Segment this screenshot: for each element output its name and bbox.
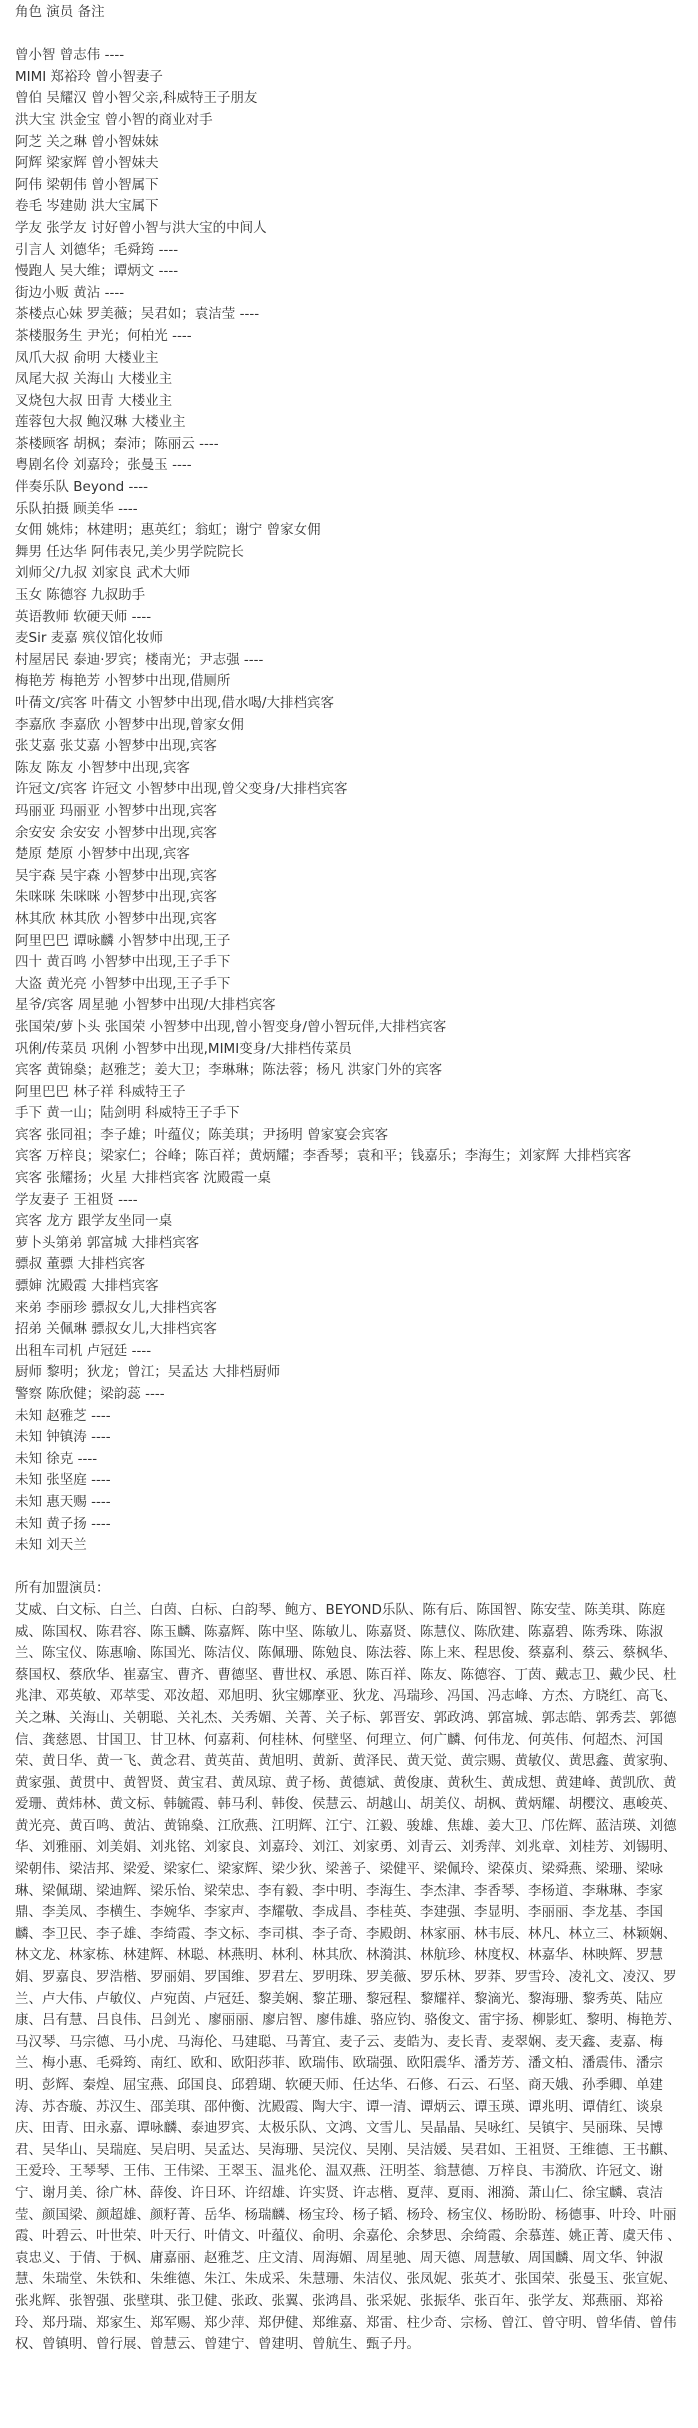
cast-row: 警察 陈欣健；梁韵蕊 ----	[15, 1384, 683, 1406]
cast-row: 手下 黄一山；陆剑明 科威特王子手下	[15, 1103, 683, 1125]
cast-row: 乐队拍摄 顾美华 ----	[15, 499, 683, 521]
cast-row: 余安安 余安安 小智梦中出现,宾客	[15, 823, 683, 845]
cast-row: 宾客 张耀扬；火星 大排档宾客 沈殿霞一桌	[15, 1168, 683, 1190]
cast-row: 曾伯 吴耀汉 曾小智父亲,科威特王子朋友	[15, 88, 683, 110]
cast-row: 来弟 李丽珍 骠叔女儿,大排档宾客	[15, 1298, 683, 1320]
cast-row: 舞男 任达华 阿伟表兄,美少男学院院长	[15, 542, 683, 564]
cast-row: 四十 黄百鸣 小智梦中出现,王子手下	[15, 952, 683, 974]
cast-row: 慢跑人 吴大维；谭炳文 ----	[15, 261, 683, 283]
cast-row: 许冠文/宾客 许冠文 小智梦中出现,曾父变身/大排档宾客	[15, 779, 683, 801]
cast-row: 未知 张坚庭 ----	[15, 1470, 683, 1492]
cast-row: 英语教师 软硬天师 ----	[15, 607, 683, 629]
cast-row: 朱咪咪 朱咪咪 小智梦中出现,宾客	[15, 887, 683, 909]
column-header-line: 角色 演员 备注	[15, 2, 683, 24]
cast-row: 大盗 黄光亮 小智梦中出现,王子手下	[15, 974, 683, 996]
cast-row: 巩俐/传菜员 巩俐 小智梦中出现,MIMI变身/大排档传菜员	[15, 1039, 683, 1061]
cast-row: 刘师父/九叔 刘家良 武术大师	[15, 563, 683, 585]
cast-list: 曾小智 曾志伟 ----MIMI 郑裕玲 曾小智妻子曾伯 吴耀汉 曾小智父亲,科…	[15, 45, 683, 1557]
cast-row: 骠婶 沈殿霞 大排档宾客	[15, 1276, 683, 1298]
cast-row: 未知 刘天兰	[15, 1535, 683, 1557]
cast-row: 学友 张学友 讨好曾小智与洪大宝的中间人	[15, 218, 683, 240]
cast-row: 莲蓉包大叔 鲍汉琳 大楼业主	[15, 412, 683, 434]
cast-row: 村屋居民 泰迪·罗宾；楼南光；尹志强 ----	[15, 650, 683, 672]
cast-row: 粤剧名伶 刘嘉玲；张曼玉 ----	[15, 455, 683, 477]
cast-row: 阿里巴巴 谭咏麟 小智梦中出现,王子	[15, 931, 683, 953]
cast-row: 吴宇森 吴宇森 小智梦中出现,宾客	[15, 866, 683, 888]
cast-row: 卷毛 岑建勋 洪大宝属下	[15, 196, 683, 218]
cast-row: 张国荣/萝卜头 张国荣 小智梦中出现,曾小智变身/曾小智玩伴,大排档宾客	[15, 1017, 683, 1039]
cast-row: 宾客 黄锦燊；赵雅芝；姜大卫；李琳琳；陈法蓉；杨凡 洪家门外的宾客	[15, 1060, 683, 1082]
cast-row: 凤尾大叔 关海山 大楼业主	[15, 369, 683, 391]
cast-row: 麦Sir 麦嘉 殡仪馆化妆师	[15, 628, 683, 650]
all-cast-paragraph: 艾威、白文标、白兰、白茵、白标、白韵琴、鲍方、BEYOND乐队、陈有后、陈国智、…	[15, 1600, 681, 2356]
cast-row: 林其欣 林其欣 小智梦中出现,宾客	[15, 909, 683, 931]
cast-row: 叶蒨文/宾客 叶蒨文 小智梦中出现,借水喝/大排档宾客	[15, 693, 683, 715]
cast-row: 陈友 陈友 小智梦中出现,宾客	[15, 758, 683, 780]
cast-row: 街边小贩 黄沾 ----	[15, 283, 683, 305]
cast-row: 未知 黄子扬 ----	[15, 1514, 683, 1536]
cast-row: 张艾嘉 张艾嘉 小智梦中出现,宾客	[15, 736, 683, 758]
cast-row: 茶楼顾客 胡枫；秦沛；陈丽云 ----	[15, 434, 683, 456]
cast-document: 角色 演员 备注 曾小智 曾志伟 ----MIMI 郑裕玲 曾小智妻子曾伯 吴耀…	[0, 0, 698, 2366]
cast-row: 星爷/宾客 周星驰 小智梦中出现/大排档宾客	[15, 995, 683, 1017]
all-cast-heading: 所有加盟演员：	[15, 1578, 683, 1600]
cast-row: 阿辉 梁家辉 曾小智妹夫	[15, 153, 683, 175]
cast-row: 梅艳芳 梅艳芳 小智梦中出现,借厕所	[15, 671, 683, 693]
cast-row: 茶楼点心妹 罗美薇；吴君如；袁洁莹 ----	[15, 304, 683, 326]
cast-row: 宾客 张同祖；李子雄；叶蕴仪；陈美琪；尹扬明 曾家宴会宾客	[15, 1125, 683, 1147]
cast-row: 伴奏乐队 Beyond ----	[15, 477, 683, 499]
cast-row: 招弟 关佩琳 骠叔女儿,大排档宾客	[15, 1319, 683, 1341]
cast-row: MIMI 郑裕玲 曾小智妻子	[15, 67, 683, 89]
cast-row: 阿里巴巴 林子祥 科威特王子	[15, 1082, 683, 1104]
cast-row: 阿伟 梁朝伟 曾小智属下	[15, 175, 683, 197]
cast-row: 凤爪大叔 俞明 大楼业主	[15, 348, 683, 370]
cast-row: 未知 徐克 ----	[15, 1449, 683, 1471]
cast-row: 李嘉欣 李嘉欣 小智梦中出现,曾家女佣	[15, 715, 683, 737]
cast-row: 宾客 万梓良；梁家仁；谷峰；陈百祥；黄炳耀；李香琴；袁和平；钱嘉乐；李海生；刘家…	[15, 1146, 683, 1168]
cast-row: 叉烧包大叔 田青 大楼业主	[15, 391, 683, 413]
cast-row: 出租车司机 卢冠廷 ----	[15, 1341, 683, 1363]
cast-row: 宾客 龙方 跟学友坐同一桌	[15, 1211, 683, 1233]
cast-row: 厨师 黎明；狄龙；曾江；吴孟达 大排档厨师	[15, 1362, 683, 1384]
cast-row: 楚原 楚原 小智梦中出现,宾客	[15, 844, 683, 866]
cast-row: 学友妻子 王祖贤 ----	[15, 1190, 683, 1212]
cast-row: 茶楼服务生 尹光；何柏光 ----	[15, 326, 683, 348]
cast-row: 未知 赵雅芝 ----	[15, 1406, 683, 1428]
cast-row: 萝卜头第弟 郭富城 大排档宾客	[15, 1233, 683, 1255]
cast-row: 玛丽亚 玛丽亚 小智梦中出现,宾客	[15, 801, 683, 823]
blank-line	[15, 24, 683, 46]
cast-row: 玉女 陈德容 九叔助手	[15, 585, 683, 607]
cast-row: 引言人 刘德华；毛舜筠 ----	[15, 240, 683, 262]
cast-row: 骠叔 董骠 大排档宾客	[15, 1254, 683, 1276]
cast-row: 阿芝 关之琳 曾小智妹妹	[15, 132, 683, 154]
cast-row: 未知 钟镇涛 ----	[15, 1427, 683, 1449]
cast-row: 洪大宝 洪金宝 曾小智的商业对手	[15, 110, 683, 132]
cast-row: 未知 惠天赐 ----	[15, 1492, 683, 1514]
cast-row: 曾小智 曾志伟 ----	[15, 45, 683, 67]
cast-row: 女佣 姚炜；林建明；惠英红；翁虹；谢宁 曾家女佣	[15, 520, 683, 542]
